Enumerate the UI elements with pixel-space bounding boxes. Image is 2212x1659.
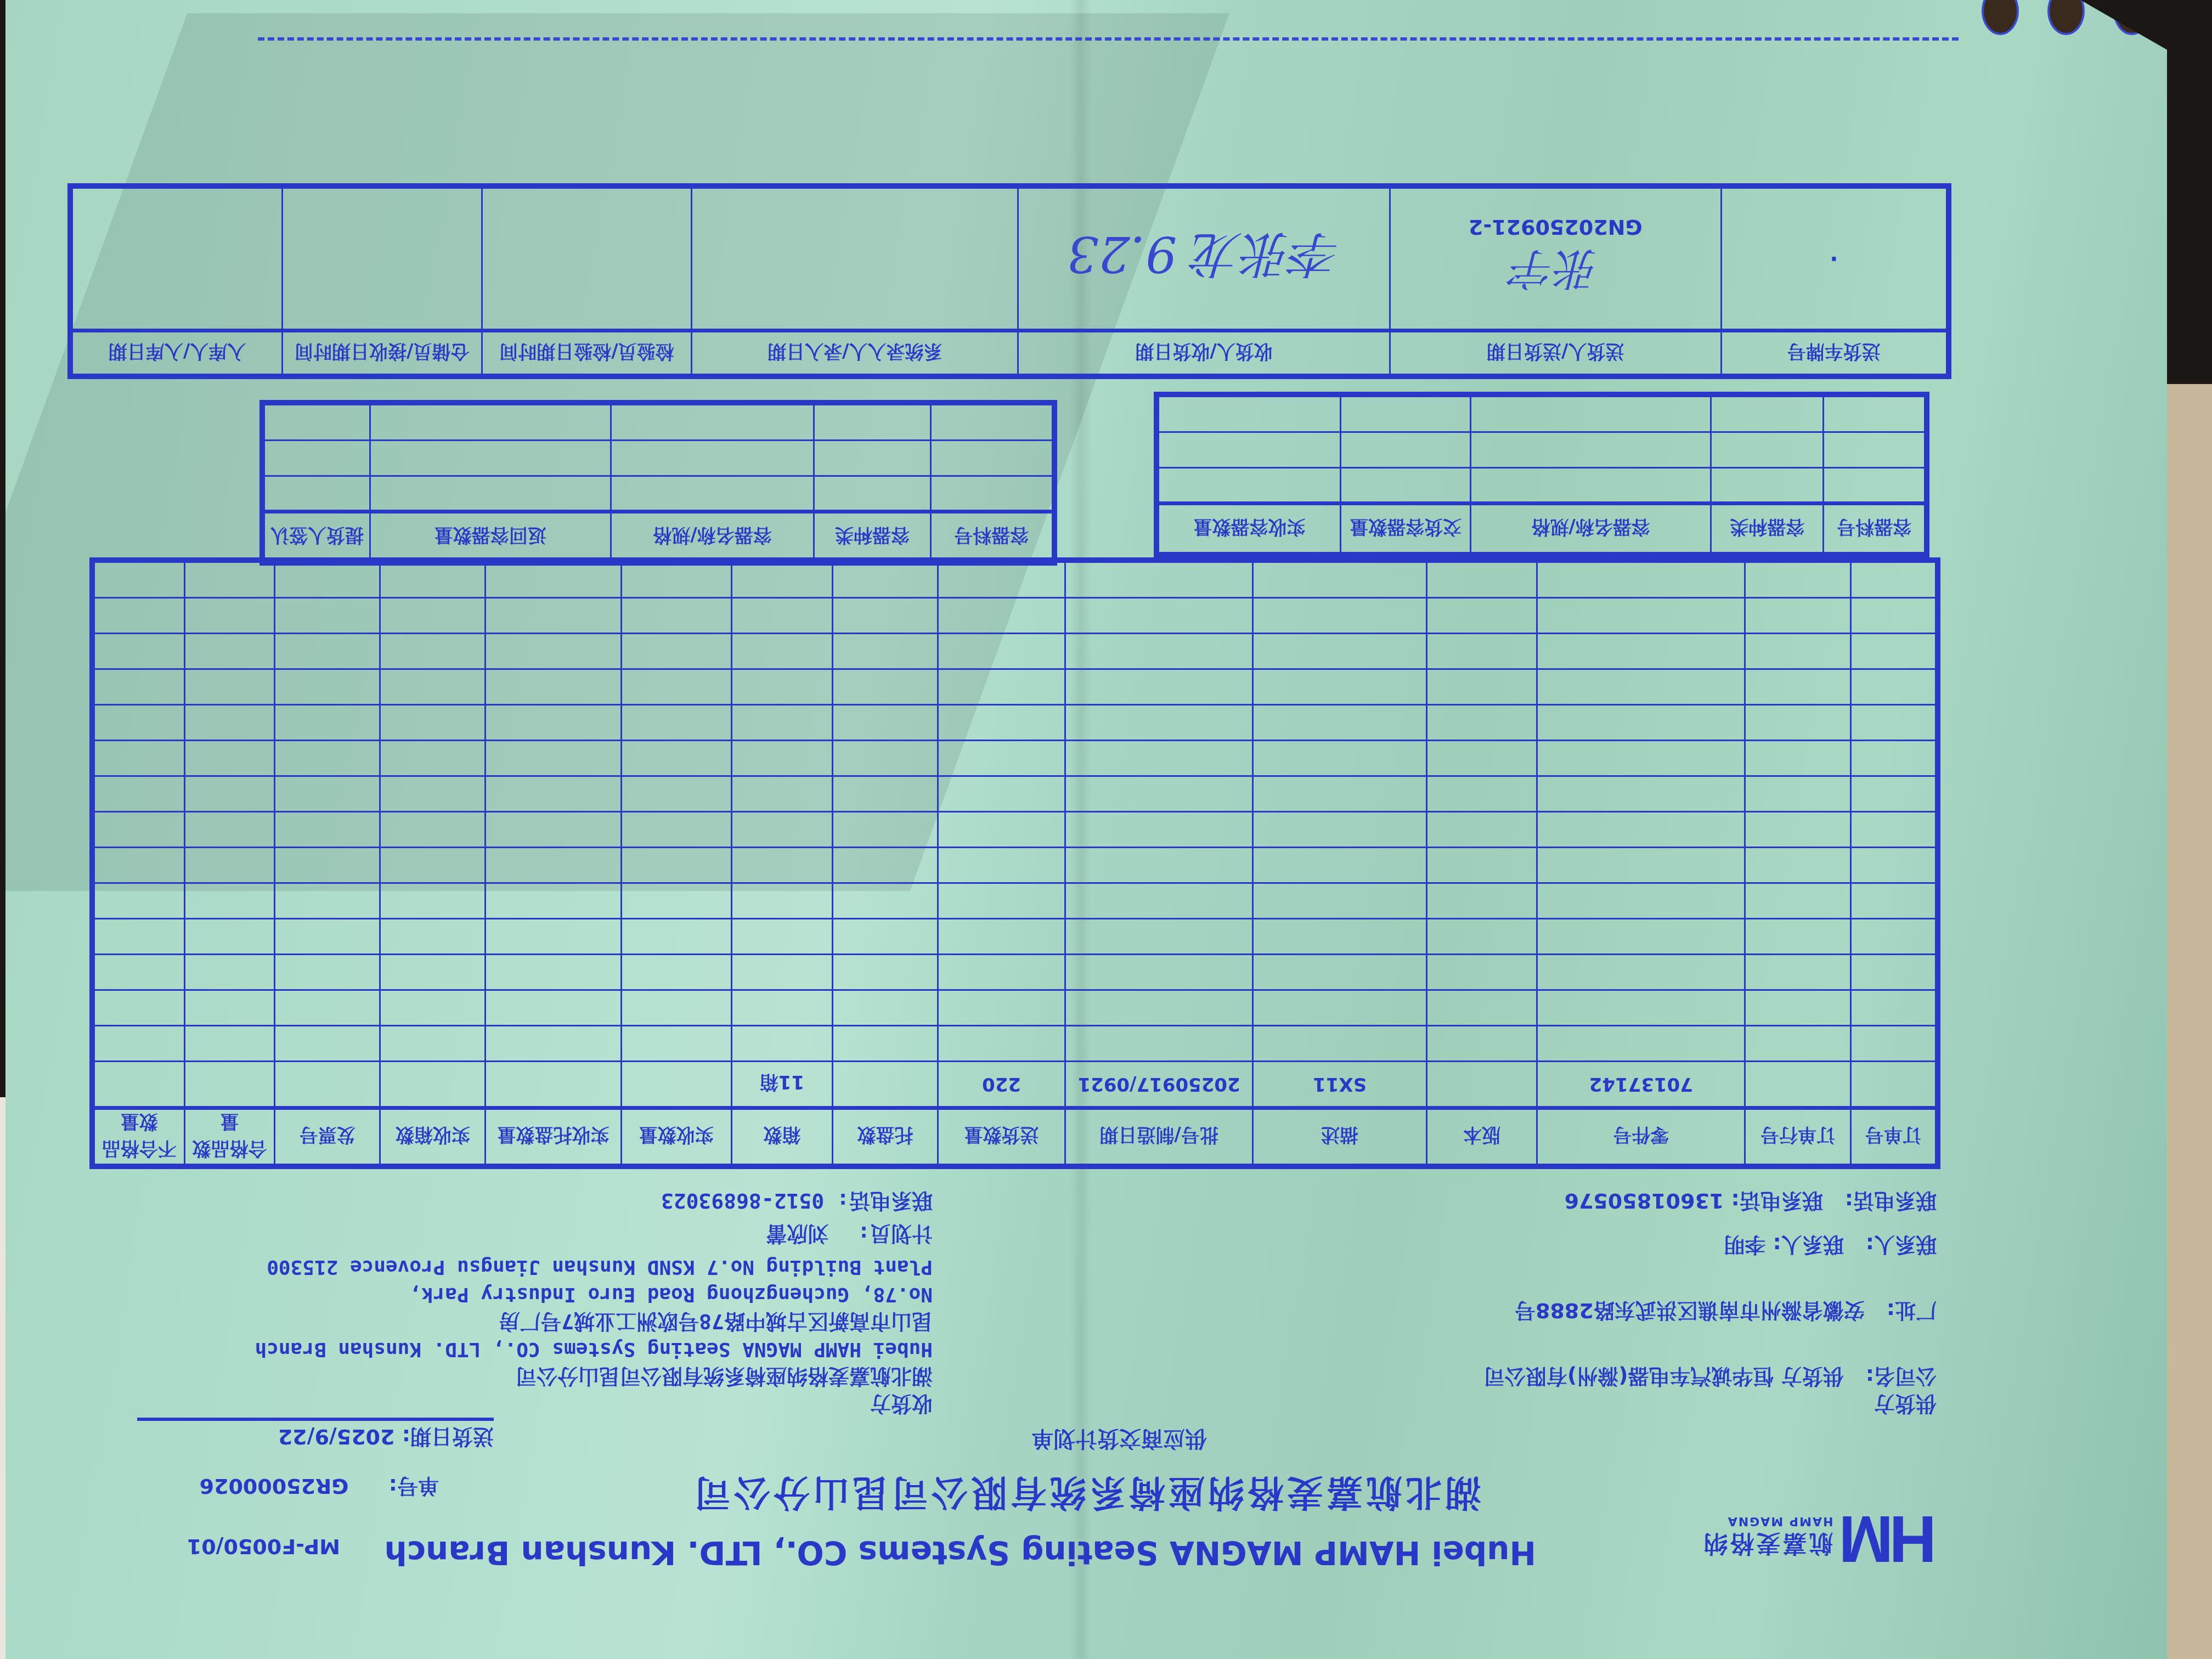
empty-cell[interactable]	[1537, 741, 1745, 776]
empty-cell[interactable]	[380, 776, 486, 812]
empty-cell[interactable]	[938, 598, 1065, 634]
empty-cell[interactable]	[731, 634, 832, 669]
empty-cell[interactable]	[611, 476, 814, 512]
empty-cell[interactable]	[621, 812, 731, 848]
empty-cell[interactable]	[731, 812, 832, 848]
deliverer-handwriting: 张宇	[1394, 241, 1717, 304]
empty-cell[interactable]	[833, 562, 938, 598]
empty-cell[interactable]	[486, 598, 621, 634]
empty-cell[interactable]	[1711, 468, 1824, 504]
empty-cell[interactable]	[1850, 812, 1936, 848]
col-container-spec: 容器名称/规格	[611, 512, 814, 561]
empty-cell[interactable]	[1850, 705, 1936, 741]
empty-cell[interactable]	[1253, 1026, 1427, 1062]
empty-cell[interactable]	[731, 705, 832, 741]
empty-cell[interactable]	[1745, 848, 1850, 883]
empty-cell[interactable]	[621, 598, 731, 634]
col-stock-in: 入库人/入库日期	[72, 331, 283, 375]
empty-cell[interactable]	[380, 705, 486, 741]
table-row	[94, 812, 1936, 848]
empty-cell[interactable]	[938, 705, 1065, 741]
col-order-line: 订单行号	[1745, 1108, 1850, 1165]
empty-cell[interactable]	[1850, 669, 1936, 705]
doc-no: GR25000026	[200, 1474, 349, 1498]
empty-cell[interactable]	[1537, 1026, 1745, 1062]
table-row	[94, 919, 1936, 955]
empty-cell[interactable]	[1850, 634, 1936, 669]
empty-cell[interactable]	[833, 990, 938, 1026]
empty-cell[interactable]	[621, 990, 731, 1026]
empty-cell[interactable]	[1426, 812, 1537, 848]
delivery-date-label: 送货日期:	[402, 1425, 494, 1449]
receiver-signature-field[interactable]: 李张龙 9.23	[1018, 188, 1390, 331]
empty-cell[interactable]	[833, 741, 938, 776]
empty-cell[interactable]	[938, 1026, 1065, 1062]
empty-cell[interactable]	[1065, 776, 1253, 812]
empty-cell[interactable]	[1426, 776, 1537, 812]
empty-cell[interactable]	[275, 598, 380, 634]
empty-cell[interactable]	[1537, 955, 1745, 990]
empty-cell[interactable]	[621, 955, 731, 990]
empty-cell[interactable]	[1426, 705, 1537, 741]
empty-cell[interactable]	[1537, 669, 1745, 705]
empty-cell[interactable]	[94, 634, 185, 669]
empty-cell[interactable]	[1537, 883, 1745, 919]
empty-cell[interactable]	[833, 669, 938, 705]
empty-cell[interactable]	[938, 955, 1065, 990]
empty-cell[interactable]	[1426, 669, 1537, 705]
empty-cell[interactable]	[833, 598, 938, 634]
empty-cell[interactable]	[833, 955, 938, 990]
empty-cell[interactable]	[94, 598, 185, 634]
empty-cell[interactable]	[1537, 634, 1745, 669]
empty-cell[interactable]	[1341, 468, 1471, 504]
empty-cell[interactable]	[184, 990, 275, 1026]
empty-cell[interactable]	[184, 741, 275, 776]
empty-cell[interactable]	[1065, 741, 1253, 776]
empty-cell[interactable]	[1745, 705, 1850, 741]
empty-cell[interactable]	[621, 741, 731, 776]
empty-cell[interactable]	[938, 776, 1065, 812]
empty-cell[interactable]	[94, 848, 185, 883]
empty-cell[interactable]	[731, 919, 832, 955]
empty-cell[interactable]	[1426, 990, 1537, 1026]
empty-cell[interactable]	[1850, 598, 1936, 634]
supplier-contact: 联系人: 李明	[1724, 1231, 1843, 1259]
empty-cell[interactable]	[94, 776, 185, 812]
empty-cell[interactable]	[1850, 741, 1936, 776]
empty-cell[interactable]	[1537, 705, 1745, 741]
empty-cell[interactable]	[380, 812, 486, 848]
empty-cell[interactable]	[184, 598, 275, 634]
empty-cell[interactable]	[275, 1026, 380, 1062]
empty-cell[interactable]	[94, 741, 185, 776]
empty-cell[interactable]	[1850, 776, 1936, 812]
empty-cell[interactable]	[1745, 634, 1850, 669]
empty-cell[interactable]	[833, 848, 938, 883]
empty-cell[interactable]	[1253, 741, 1427, 776]
empty-cell[interactable]	[486, 883, 621, 919]
col-system-entry: 系统录入人/录入日期	[692, 331, 1018, 375]
items-table: 订单号 订单行号 零件号 版本 描述 批号/制造日期 送货数量 托盘数 箱数 实…	[93, 561, 1937, 1165]
empty-cell[interactable]	[1745, 1026, 1850, 1062]
empty-cell[interactable]	[833, 812, 938, 848]
cell-box-count: 11箱	[731, 1062, 832, 1108]
empty-cell[interactable]	[1253, 848, 1427, 883]
empty-cell[interactable]	[380, 634, 486, 669]
empty-cell[interactable]	[1253, 812, 1427, 848]
empty-cell[interactable]	[486, 562, 621, 598]
empty-cell[interactable]	[1850, 562, 1936, 598]
empty-cell[interactable]	[370, 441, 611, 476]
empty-cell[interactable]	[1745, 919, 1850, 955]
empty-cell[interactable]	[370, 476, 611, 512]
empty-cell[interactable]	[621, 1026, 731, 1062]
col-batch-date: 批号/制造日期	[1065, 1108, 1253, 1165]
empty-cell[interactable]	[1253, 705, 1427, 741]
empty-cell[interactable]	[1065, 955, 1253, 990]
empty-cell[interactable]	[1745, 741, 1850, 776]
empty-cell[interactable]	[814, 476, 931, 512]
empty-cell[interactable]	[1253, 598, 1427, 634]
empty-cell[interactable]	[1426, 883, 1537, 919]
empty-cell[interactable]	[621, 848, 731, 883]
empty-cell[interactable]	[1711, 397, 1824, 432]
empty-cell[interactable]	[833, 705, 938, 741]
empty-cell[interactable]	[486, 705, 621, 741]
empty-cell[interactable]	[94, 705, 185, 741]
col-returned-container-qty: 返回容器数量	[370, 512, 611, 561]
empty-cell[interactable]	[611, 405, 814, 441]
empty-cell[interactable]	[930, 405, 1052, 441]
col-container-no: 容器料号	[930, 512, 1052, 561]
warehouse-staff-field[interactable]	[282, 188, 482, 331]
empty-cell[interactable]	[1341, 432, 1471, 468]
empty-cell[interactable]	[275, 562, 380, 598]
empty-cell[interactable]	[833, 634, 938, 669]
receiver-block: 收货方 湖北航嘉麦格纳座椅系统有限公司昆山分公司 Hubei HAMP MAGN…	[165, 1187, 933, 1418]
empty-cell[interactable]	[1850, 848, 1936, 883]
empty-cell[interactable]	[1253, 990, 1427, 1026]
empty-cell[interactable]	[380, 990, 486, 1026]
inspector-field[interactable]	[482, 188, 692, 331]
empty-cell[interactable]	[1341, 397, 1471, 432]
col-vehicle-plate: 送货车牌号	[1721, 331, 1946, 375]
col-container-type: 容器种类	[1711, 504, 1824, 553]
cell-received-boxes	[380, 1062, 486, 1108]
empty-cell[interactable]	[611, 441, 814, 476]
empty-cell[interactable]	[814, 441, 931, 476]
empty-cell[interactable]	[380, 741, 486, 776]
delivery-plan-form: HM 航嘉麦格纳 HAMP MAGNA Hubei HAMP MAGNA Sea…	[5, 0, 2167, 1659]
empty-cell[interactable]	[1065, 669, 1253, 705]
empty-cell[interactable]	[833, 1026, 938, 1062]
empty-cell[interactable]	[380, 562, 486, 598]
empty-cell[interactable]	[275, 705, 380, 741]
empty-cell[interactable]	[264, 476, 370, 512]
empty-cell[interactable]	[621, 919, 731, 955]
empty-cell[interactable]	[938, 741, 1065, 776]
empty-cell[interactable]	[264, 441, 370, 476]
empty-cell[interactable]	[1065, 634, 1253, 669]
empty-cell[interactable]	[1065, 990, 1253, 1026]
empty-cell[interactable]	[731, 598, 832, 634]
empty-cell[interactable]	[1824, 468, 1925, 504]
empty-cell[interactable]	[94, 919, 185, 955]
empty-cell[interactable]	[930, 441, 1052, 476]
planner-label: 计划员:	[857, 1222, 933, 1246]
doc-no-label: 单号:	[389, 1474, 439, 1498]
empty-cell[interactable]	[814, 405, 931, 441]
empty-cell[interactable]	[731, 1026, 832, 1062]
receiver-company-en: Hubei HAMP MAGNA Seating Systems CO., LT…	[165, 1335, 933, 1363]
empty-cell[interactable]	[938, 812, 1065, 848]
empty-cell[interactable]	[1537, 598, 1745, 634]
empty-cell[interactable]	[184, 919, 275, 955]
empty-cell[interactable]	[184, 776, 275, 812]
table-row	[94, 598, 1936, 634]
empty-cell[interactable]	[1471, 468, 1711, 504]
empty-cell[interactable]	[94, 562, 185, 598]
col-invoice-no: 发票号	[275, 1108, 380, 1165]
empty-cell[interactable]	[1159, 432, 1341, 468]
empty-cell[interactable]	[486, 669, 621, 705]
empty-cell[interactable]	[1537, 562, 1745, 598]
empty-cell[interactable]	[731, 955, 832, 990]
empty-cell[interactable]	[1426, 919, 1537, 955]
empty-cell[interactable]	[1159, 468, 1341, 504]
empty-cell[interactable]	[275, 776, 380, 812]
company-name-cn: 湖北航嘉麦格纳座椅系统有限公司昆山分公司	[691, 1470, 1481, 1522]
col-deliverer: 送货人/送货日期	[1390, 331, 1721, 375]
empty-cell[interactable]	[621, 669, 731, 705]
returned-containers-table: 容器料号 容器种类 容器名称/规格 返回容器数量 提货人签认	[263, 404, 1053, 562]
logo-mark: HM	[1843, 1501, 1937, 1577]
empty-cell[interactable]	[1824, 397, 1925, 432]
empty-cell[interactable]	[1065, 919, 1253, 955]
empty-cell[interactable]	[621, 634, 731, 669]
empty-cell[interactable]	[833, 883, 938, 919]
empty-cell[interactable]	[94, 812, 185, 848]
empty-cell[interactable]	[1745, 598, 1850, 634]
empty-cell[interactable]	[275, 848, 380, 883]
col-warehouse-staff: 仓储员/接收日期时间	[282, 331, 482, 375]
empty-cell[interactable]	[1745, 990, 1850, 1026]
empty-cell[interactable]	[1426, 848, 1537, 883]
receiver-phone: 0512-86893023	[661, 1189, 824, 1213]
empty-cell[interactable]	[1850, 883, 1936, 919]
empty-cell[interactable]	[731, 883, 832, 919]
empty-cell[interactable]	[1065, 848, 1253, 883]
empty-cell[interactable]	[184, 955, 275, 990]
empty-cell[interactable]	[380, 598, 486, 634]
stock-in-field[interactable]	[72, 188, 283, 331]
table-row	[264, 476, 1053, 512]
empty-cell[interactable]	[184, 883, 275, 919]
deliverer-signature-field[interactable]: 张宇 GN20250921-2	[1390, 188, 1721, 331]
empty-cell[interactable]	[833, 919, 938, 955]
empty-cell[interactable]	[486, 741, 621, 776]
empty-cell[interactable]	[1065, 1026, 1253, 1062]
empty-cell[interactable]	[380, 919, 486, 955]
empty-cell[interactable]	[486, 812, 621, 848]
empty-cell[interactable]	[380, 669, 486, 705]
empty-cell[interactable]	[938, 669, 1065, 705]
empty-cell[interactable]	[1850, 919, 1936, 955]
empty-cell[interactable]	[1065, 598, 1253, 634]
col-version: 版本	[1426, 1108, 1537, 1165]
empty-cell[interactable]	[275, 741, 380, 776]
empty-cell[interactable]	[1850, 955, 1936, 990]
company-logo: HM 航嘉麦格纳 HAMP MAGNA	[1701, 1501, 1937, 1577]
delivery-date: 2025/9/22	[278, 1425, 395, 1449]
empty-cell[interactable]	[275, 634, 380, 669]
empty-cell[interactable]	[930, 476, 1052, 512]
empty-cell[interactable]	[1426, 1026, 1537, 1062]
col-container-no: 容器料号	[1824, 504, 1925, 553]
table-row	[94, 883, 1936, 919]
empty-cell[interactable]	[184, 812, 275, 848]
empty-cell[interactable]	[1471, 432, 1711, 468]
empty-cell[interactable]	[938, 919, 1065, 955]
empty-cell[interactable]	[1253, 776, 1427, 812]
empty-cell[interactable]	[731, 741, 832, 776]
empty-cell[interactable]	[1471, 397, 1711, 432]
empty-cell[interactable]	[486, 990, 621, 1026]
empty-cell[interactable]	[1711, 432, 1824, 468]
empty-cell[interactable]	[370, 405, 611, 441]
cell-invoice-no	[275, 1062, 380, 1108]
empty-cell[interactable]	[486, 776, 621, 812]
col-received-container-qty: 实收容器数量	[1159, 504, 1341, 553]
empty-cell[interactable]	[731, 776, 832, 812]
empty-cell[interactable]	[275, 883, 380, 919]
empty-cell[interactable]	[833, 776, 938, 812]
empty-cell[interactable]	[1537, 919, 1745, 955]
empty-cell[interactable]	[1426, 955, 1537, 990]
empty-cell[interactable]	[184, 705, 275, 741]
empty-cell[interactable]	[731, 990, 832, 1026]
empty-cell[interactable]	[1745, 955, 1850, 990]
logo-en: HAMP MAGNA	[1701, 1515, 1833, 1528]
empty-cell[interactable]	[380, 955, 486, 990]
supplier-contact-label: 联系人:	[1866, 1231, 1937, 1259]
supplier-section-label: 供货方	[1874, 1392, 1937, 1416]
empty-cell[interactable]	[731, 669, 832, 705]
empty-cell[interactable]	[380, 848, 486, 883]
empty-cell[interactable]	[486, 1026, 621, 1062]
empty-cell[interactable]	[1253, 562, 1427, 598]
empty-cell[interactable]	[1537, 848, 1745, 883]
empty-cell[interactable]	[1253, 669, 1427, 705]
empty-cell[interactable]	[1537, 776, 1745, 812]
empty-cell[interactable]	[275, 955, 380, 990]
empty-cell[interactable]	[275, 990, 380, 1026]
empty-cell[interactable]	[184, 634, 275, 669]
signature-table: 送货车牌号 送货人/送货日期 收货人/收货日期 系统录入人/录入日期 检验员/检…	[71, 187, 1948, 375]
empty-cell[interactable]	[1253, 634, 1427, 669]
empty-cell[interactable]	[1537, 812, 1745, 848]
empty-cell[interactable]	[94, 883, 185, 919]
empty-cell[interactable]	[264, 405, 370, 441]
empty-cell[interactable]	[94, 955, 185, 990]
empty-cell[interactable]	[1745, 776, 1850, 812]
empty-cell[interactable]	[184, 848, 275, 883]
empty-cell[interactable]	[1065, 812, 1253, 848]
empty-cell[interactable]	[938, 990, 1065, 1026]
empty-cell[interactable]	[486, 848, 621, 883]
empty-cell[interactable]	[621, 776, 731, 812]
empty-cell[interactable]	[1745, 883, 1850, 919]
empty-cell[interactable]	[1253, 955, 1427, 990]
empty-cell[interactable]	[1159, 397, 1341, 432]
empty-cell[interactable]	[486, 955, 621, 990]
empty-cell[interactable]	[1426, 741, 1537, 776]
system-entry-field[interactable]	[692, 188, 1018, 331]
empty-cell[interactable]	[938, 562, 1065, 598]
vehicle-plate-field[interactable]: ·	[1721, 188, 1946, 331]
empty-cell[interactable]	[1253, 883, 1427, 919]
empty-cell[interactable]	[275, 812, 380, 848]
empty-cell[interactable]	[621, 705, 731, 741]
empty-cell[interactable]	[1745, 812, 1850, 848]
table-row	[94, 741, 1936, 776]
empty-cell[interactable]	[184, 562, 275, 598]
empty-cell[interactable]	[1065, 705, 1253, 741]
cell-batch-date: 20250917/0921	[1065, 1062, 1253, 1108]
empty-cell[interactable]	[621, 562, 731, 598]
empty-cell[interactable]	[94, 990, 185, 1026]
cell-pallet-count	[833, 1062, 938, 1108]
empty-cell[interactable]	[731, 848, 832, 883]
empty-cell[interactable]	[1850, 990, 1936, 1026]
empty-cell[interactable]	[1065, 562, 1253, 598]
empty-cell[interactable]	[731, 562, 832, 598]
empty-cell[interactable]	[486, 634, 621, 669]
col-receiver: 收货人/收货日期	[1018, 331, 1390, 375]
empty-cell[interactable]	[1426, 634, 1537, 669]
empty-cell[interactable]	[380, 1026, 486, 1062]
empty-cell[interactable]	[938, 883, 1065, 919]
empty-cell[interactable]	[380, 883, 486, 919]
empty-cell[interactable]	[1537, 990, 1745, 1026]
receiver-section-label: 收货方	[165, 1390, 933, 1418]
empty-cell[interactable]	[275, 919, 380, 955]
empty-cell[interactable]	[1745, 562, 1850, 598]
col-unqualified-qty: 不合格品数量	[94, 1108, 185, 1165]
table-row	[94, 1026, 1936, 1062]
empty-cell[interactable]	[94, 669, 185, 705]
empty-cell[interactable]	[621, 883, 731, 919]
tractor-hole	[1982, 0, 2019, 35]
empty-cell[interactable]	[486, 919, 621, 955]
empty-cell[interactable]	[938, 848, 1065, 883]
empty-cell[interactable]	[184, 1026, 275, 1062]
empty-cell[interactable]	[1253, 919, 1427, 955]
empty-cell[interactable]	[1850, 1026, 1936, 1062]
empty-cell[interactable]	[275, 669, 380, 705]
empty-cell[interactable]	[184, 669, 275, 705]
perforation-line	[258, 37, 1959, 41]
empty-cell[interactable]	[1745, 669, 1850, 705]
empty-cell[interactable]	[94, 1026, 185, 1062]
empty-cell[interactable]	[938, 634, 1065, 669]
empty-cell[interactable]	[1426, 562, 1537, 598]
empty-cell[interactable]	[1426, 598, 1537, 634]
empty-cell[interactable]	[1824, 432, 1925, 468]
empty-cell[interactable]	[1065, 883, 1253, 919]
table-row	[94, 705, 1936, 741]
